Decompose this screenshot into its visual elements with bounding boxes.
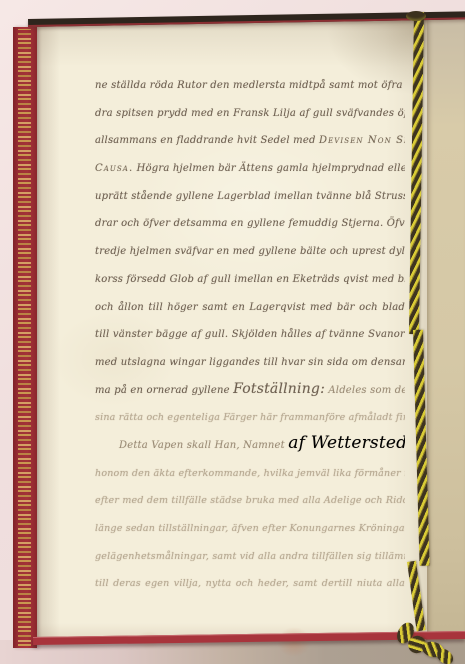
bookmark-cord-knot [406, 11, 426, 21]
page-stain [277, 627, 311, 657]
manuscript-line: Causa. Högra hjelmen bär Ättens gamla hj… [95, 152, 405, 180]
manuscript-line: allsammans en fladdrande hvit Sedel med … [95, 124, 405, 152]
manuscript-line: sina rätta och egenteliga Färger här fra… [95, 401, 405, 429]
manuscript-text-segment: länge sedan tillställningar, äfven efter… [95, 523, 405, 534]
manuscript-line: Detta Vapen skall Han, Namnet af Wetters… [95, 429, 405, 457]
book-fore-edge-panel [426, 14, 465, 640]
manuscript-line: med utslagna wingar liggandes till hvar … [95, 346, 405, 374]
manuscript-line: honom den äkta efterkommande, hvilka jem… [95, 457, 405, 485]
manuscript-line: korss försedd Glob af gull imellan en Ek… [95, 263, 405, 291]
manuscript-line: drar och öfver detsamma en gyllene femud… [95, 207, 405, 235]
manuscript-text-segment: drar och öfver detsamma en gyllene femud… [95, 218, 405, 229]
manuscript-text-segment: Devisen Non Sine [319, 135, 405, 146]
manuscript-line: ma på en ornerad gyllene Fotställning: A… [95, 374, 405, 402]
manuscript-text-segment: och ållon till höger samt en Lagerqvist … [95, 302, 405, 313]
manuscript-line: gelägenhetsmålningar, samt vid alla andr… [95, 540, 405, 568]
manuscript-text-segment: korss försedd Glob af gull imellan en Ek… [95, 274, 405, 285]
gilt-tooling-ornament [18, 29, 31, 646]
manuscript-page: ne ställda röda Rutor den medlersta midt… [36, 19, 427, 637]
manuscript-line: och ållon till höger samt en Lagerqvist … [95, 291, 405, 319]
manuscript-text-segment: Causa. [95, 163, 133, 174]
manuscript-text-segment: ma på en ornerad gyllene [95, 385, 233, 396]
manuscript-text-segment: uprätt stående gyllene Lagerblad imellan… [95, 191, 405, 202]
manuscript-text-segment: efter med dem tillfälle städse bruka med… [95, 495, 405, 506]
manuscript-text-segment: af Wetterstedt, [288, 433, 405, 453]
text-block: ne ställda röda Rutor den medlersta midt… [95, 69, 405, 595]
manuscript-text-segment: Detta Vapen skall Han, Namnet [119, 440, 288, 451]
manuscript-text-segment: Högra hjelmen bär Ättens gamla hjelmpryd… [133, 163, 405, 174]
book-spine [13, 27, 37, 648]
photo-background: ne ställda röda Rutor den medlersta midt… [0, 0, 465, 664]
manuscript-text-segment: allsammans en fladdrande hvit Sedel med [95, 135, 319, 146]
manuscript-line: ne ställda röda Rutor den medlersta midt… [95, 69, 405, 97]
manuscript-text-segment: honom den äkta efterkommande, hvilka jem… [95, 468, 405, 479]
manuscript-text-segment: Fotställning: [233, 381, 325, 397]
manuscript-text-segment: dra spitsen prydd med en Fransk Lilja af… [95, 108, 405, 119]
manuscript-line: dra spitsen prydd med en Fransk Lilja af… [95, 97, 405, 125]
manuscript-text-segment: till deras egen villja, nytta och heder,… [95, 578, 405, 589]
manuscript-text-segment: till vänster bägge af gull. Skjölden hål… [95, 329, 405, 340]
manuscript-line: till vänster bägge af gull. Skjölden hål… [95, 318, 405, 346]
manuscript-text-segment: sina rätta och egenteliga Färger här fra… [95, 412, 405, 423]
manuscript-text-segment: tredje hjelmen sväfvar en med gyllene bä… [95, 246, 405, 257]
manuscript-text-segment: Aldeles som det med [325, 385, 405, 396]
manuscript-line: efter med dem tillfälle städse bruka med… [95, 484, 405, 512]
manuscript-line: tredje hjelmen sväfvar en med gyllene bä… [95, 235, 405, 263]
manuscript-text-segment: ne ställda röda Rutor den medlersta midt… [95, 80, 405, 91]
manuscript-line: uprätt stående gyllene Lagerblad imellan… [95, 180, 405, 208]
manuscript-text-segment: gelägenhetsmålningar, samt vid alla andr… [95, 551, 405, 562]
manuscript-line: till deras egen villja, nytta och heder,… [95, 567, 405, 595]
manuscript-text-segment: med utslagna wingar liggandes till hvar … [95, 357, 405, 368]
manuscript-line: länge sedan tillställningar, äfven efter… [95, 512, 405, 540]
